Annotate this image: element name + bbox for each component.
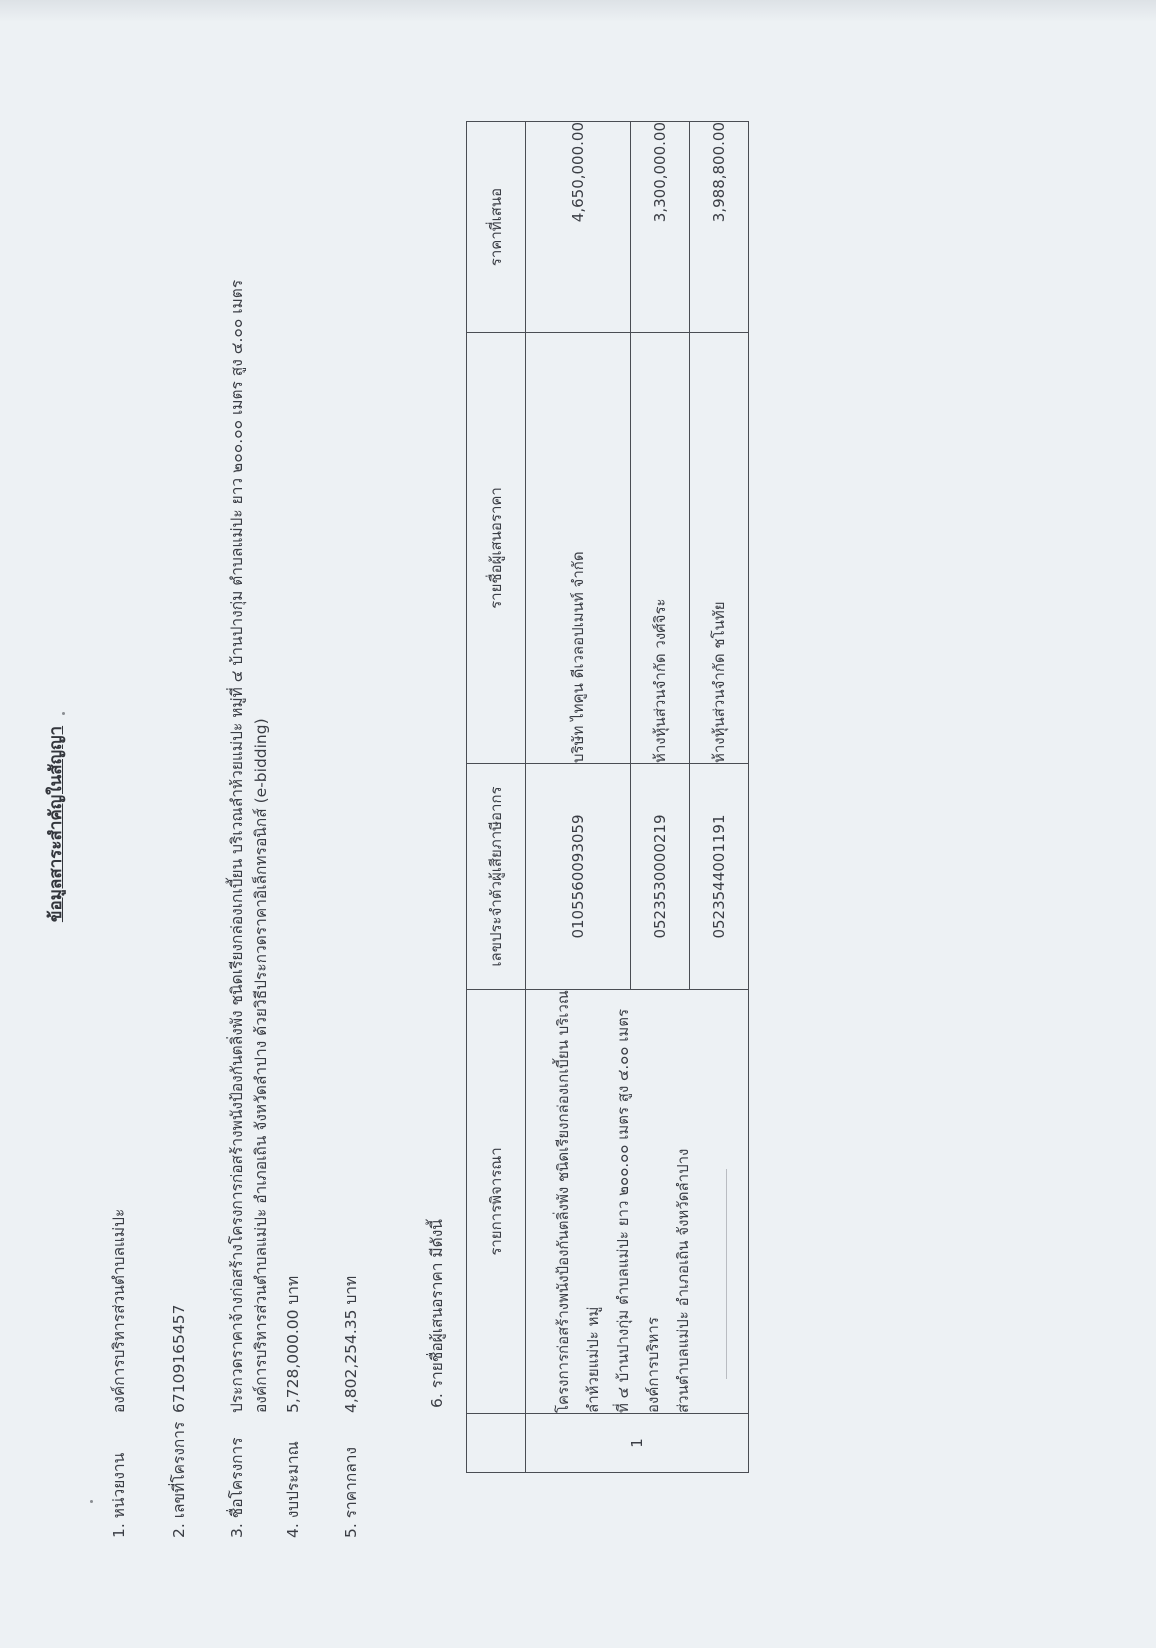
header-item: รายการพิจารณา xyxy=(467,990,526,1414)
bid-price: 3,300,000.00 xyxy=(631,122,690,333)
field-value: องค์การบริหารส่วนตำบลแม่ปะ xyxy=(108,1209,130,1413)
field-label: 2. เลขที่โครงการ xyxy=(168,1422,190,1538)
item-number: 1 xyxy=(526,1414,749,1473)
item-line: ส่วนตำบลแม่ปะ อำเภอเถิน จังหวัดลำปาง xyxy=(668,990,698,1413)
table-header-row: รายการพิจารณา เลขประจำตัวผู้เสียภาษีอากร… xyxy=(467,122,526,1473)
field-label: 4. งบประมาณ xyxy=(282,1441,304,1538)
bid-price: 4,650,000.00 xyxy=(526,122,631,333)
field-value-line1: ประกวดราคาจ้างก่อสร้างโครงการก่อสร้างพนั… xyxy=(226,280,248,1413)
table-row: 1 โครงการก่อสร้างพนังป้องกันตลิ่งพัง ชนิ… xyxy=(526,122,631,1473)
header-bidder: รายชื่อผู้เสนอราคา xyxy=(467,333,526,764)
document-title: ข้อมูลสาระสำคัญในสัญญา xyxy=(42,0,69,1648)
tax-id: 0105560093059 xyxy=(526,764,631,990)
document-sheet: ข้อมูลสาระสำคัญในสัญญา 1. หน่วยงาน องค์ก… xyxy=(0,0,1156,1648)
header-no xyxy=(467,1414,526,1473)
bidders-table: รายการพิจารณา เลขประจำตัวผู้เสียภาษีอากร… xyxy=(466,121,749,1473)
item-description: โครงการก่อสร้างพนังป้องกันตลิ่งพัง ชนิดเ… xyxy=(526,990,749,1414)
bidder-name: ห้างหุ้นส่วนจำกัด ชโนทัย xyxy=(690,333,749,764)
bidder-name: บริษัท ไทคูน ดีเวลอปเมนท์ จำกัด xyxy=(526,333,631,764)
item-line: โครงการก่อสร้างพนังป้องกันตลิ่งพัง ชนิดเ… xyxy=(548,990,608,1413)
item-line: ที่ ๔ บ้านปางกุ่ม ตำบลแม่ปะ ยาว ๒๐๐.๐๐ เ… xyxy=(608,990,668,1413)
field-label: 5. ราคากลาง xyxy=(340,1447,362,1538)
underline xyxy=(726,1169,727,1379)
bidder-name: ห้างหุ้นส่วนจำกัด วงศ์จิระ xyxy=(631,333,690,764)
header-price: ราคาที่เสนอ xyxy=(467,122,526,333)
tax-id: 0523530000219 xyxy=(631,764,690,990)
field-label: 3. ชื่อโครงการ xyxy=(226,1437,248,1538)
field-value: 67109165457 xyxy=(168,1305,190,1413)
header-tax-id: เลขประจำตัวผู้เสียภาษีอากร xyxy=(467,764,526,990)
field-value: 5,728,000.00 บาท xyxy=(282,1276,304,1413)
field-value: 4,802,254.35 บาท xyxy=(340,1276,362,1413)
field-label: 1. หน่วยงาน xyxy=(108,1453,130,1538)
field-value-line2: องค์การบริหารส่วนตำบลแม่ปะ อำเภอเถิน จัง… xyxy=(250,718,272,1413)
bidders-caption: 6. รายชื่อผู้เสนอราคา มีดังนี้ xyxy=(424,1219,449,1408)
tax-id: 0523544001191 xyxy=(690,764,749,990)
bid-price: 3,988,800.00 xyxy=(690,122,749,333)
